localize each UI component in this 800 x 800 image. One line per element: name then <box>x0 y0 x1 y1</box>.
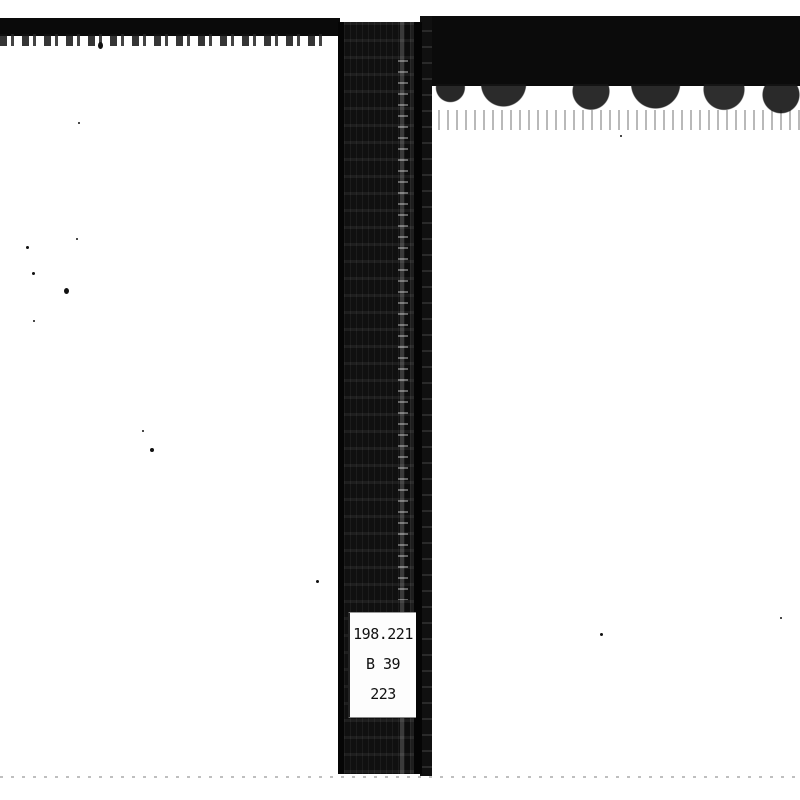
speck <box>33 320 35 322</box>
speck <box>142 430 144 432</box>
speck <box>76 238 78 240</box>
speck <box>98 42 103 49</box>
front-board-wear-speckle <box>420 110 800 130</box>
speck <box>150 448 154 452</box>
speck <box>600 633 603 636</box>
call-number-label: 198.221 B 39 223 <box>348 612 416 718</box>
speck <box>32 272 35 275</box>
speck <box>780 617 782 619</box>
back-board-top-wear <box>0 34 330 46</box>
call-number-class: 198.221 <box>353 626 413 643</box>
front-board-top-wear <box>420 16 800 86</box>
spine-wear-highlight <box>398 60 408 600</box>
speck <box>78 122 80 124</box>
book-cover-scan: 198.221 B 39 223 <box>0 0 800 800</box>
call-number-cutter: B 39 <box>366 656 400 673</box>
speck <box>620 135 622 137</box>
speck <box>26 246 29 249</box>
call-number-item: 223 <box>370 686 396 703</box>
bottom-edge <box>0 776 800 778</box>
speck <box>64 288 69 294</box>
speck <box>316 580 319 583</box>
